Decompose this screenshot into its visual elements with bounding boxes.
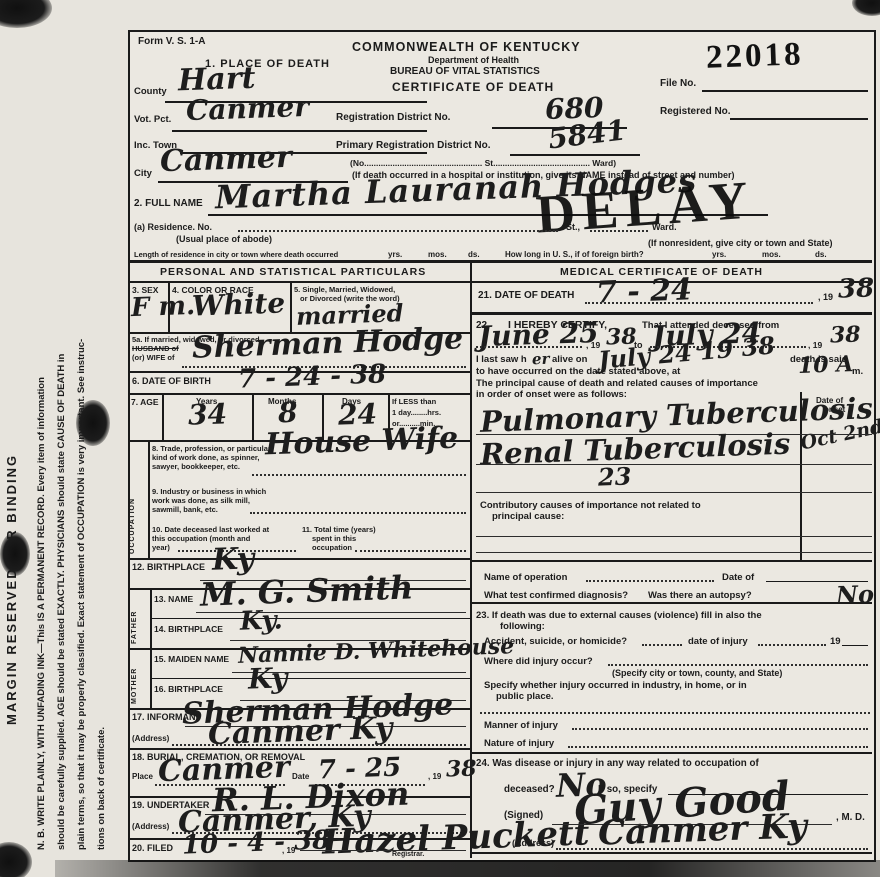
trade-label-2: kind of work done, as spinner,	[152, 453, 260, 462]
foreign-birth-label: How long in U. S., if of foreign birth?	[505, 250, 644, 259]
city-value: Canmer	[159, 140, 292, 180]
age-less-label-2: 1 day........hrs.	[392, 408, 441, 417]
external-causes-label-2: following:	[500, 621, 545, 632]
m-label: m.	[852, 366, 863, 377]
nature-injury-label: Nature of injury	[484, 738, 554, 749]
specify-injury-label-2: public place.	[496, 691, 554, 702]
year2-label: , 19	[808, 340, 822, 350]
spouse-label-husband: HUSBAND of	[132, 344, 179, 353]
rule	[642, 644, 682, 646]
accident-label: Accident, suicide, or homicide?	[484, 636, 627, 647]
where-injury-label: Where did injury occur?	[484, 656, 593, 667]
residence-st-label: St.,	[566, 222, 580, 232]
father-name-value: M. G. Smith	[199, 568, 414, 613]
nineteen-label: 19	[830, 636, 841, 647]
filed-value: 10 - 4 - 38	[182, 825, 331, 860]
specify-city-note: (Specify city or town, county, and State…	[612, 668, 782, 678]
rule	[196, 612, 466, 613]
rule	[470, 852, 872, 854]
rule	[128, 260, 872, 263]
cell-divider	[162, 393, 164, 440]
informant-address-label: (Address)	[132, 734, 169, 743]
rule	[300, 850, 466, 851]
autopsy-value: No	[836, 579, 875, 609]
binding-hole-smudge	[0, 532, 30, 576]
md-label: , M. D.	[836, 812, 865, 823]
residence-ward-label: Ward.	[652, 222, 677, 232]
registrar-label: Registrar.	[392, 851, 424, 858]
signed-label: (Signed)	[504, 810, 543, 821]
industry-label-1: 9. Industry or business in which	[152, 487, 266, 496]
birthplace-value: Ky	[211, 541, 254, 577]
date-of-death-value: 7 - 24	[595, 272, 692, 310]
rule	[476, 492, 872, 493]
precinct-value: Canmer	[185, 90, 309, 127]
total-time-label-1: 11. Total time (years)	[302, 525, 376, 534]
cell-divider	[290, 281, 292, 332]
burial-place-label: Place	[132, 772, 153, 781]
corner-smudge	[0, 0, 52, 28]
rule	[150, 618, 470, 619]
dob-label: 6. DATE OF BIRTH	[132, 376, 211, 386]
mother-birthplace-label: 16. BIRTHPLACE	[154, 684, 223, 694]
mos-label: mos.	[428, 250, 447, 259]
margin-note-line1: N. B. WRITE PLAINLY, WITH UNFADING INK—T…	[36, 55, 47, 850]
cell-divider	[148, 440, 150, 558]
trade-label-3: sawyer, bookkeeper, etc.	[152, 462, 240, 471]
cell-divider	[168, 281, 170, 332]
maiden-name-label: 15. MAIDEN NAME	[154, 654, 229, 664]
color-race-value: White	[191, 286, 285, 322]
father-vertical-label: FATHER	[131, 592, 138, 644]
rule	[470, 312, 872, 315]
primary-district-label: Primary Registration District No.	[336, 140, 490, 151]
occurred-time-value: 10 A	[798, 351, 854, 379]
manner-injury-label: Manner of injury	[484, 720, 558, 731]
father-birthplace-label: 14. BIRTHPLACE	[154, 624, 223, 634]
rule	[476, 464, 872, 465]
last-saw-label-2: alive on	[552, 354, 587, 365]
cell-divider	[252, 393, 254, 440]
trade-label-1: 8. Trade, profession, or particular	[152, 444, 271, 453]
filed-year-label: , 19	[282, 846, 295, 855]
rule	[470, 560, 872, 562]
rule	[590, 230, 648, 232]
age-less-label-1: If LESS than	[392, 397, 436, 406]
principal-cause-label-2: in order of onset were as follows:	[476, 389, 627, 400]
rule	[128, 748, 470, 750]
rule	[476, 552, 872, 553]
industry-label-2: work was done, as silk mill,	[152, 496, 250, 505]
occupation-related-label-1: 24. Was disease or injury in any way rel…	[476, 758, 759, 769]
contributory-label-2: principal cause:	[492, 511, 564, 522]
margin-note-line4: tions on back of certificate.	[96, 55, 107, 850]
rule	[172, 130, 427, 132]
birthplace-label: 12. BIRTHPLACE	[132, 562, 205, 572]
rule	[702, 90, 868, 92]
last-worked-label-3: year)	[152, 543, 170, 552]
margin-note-line3: plain terms, so that it may be properly …	[76, 55, 87, 850]
total-time-label-2: spent in this	[312, 534, 356, 543]
date-of-operation-label: Date of	[722, 572, 754, 583]
filed-label: 20. FILED	[132, 843, 173, 853]
rule	[128, 558, 470, 560]
dod-year-label: , 19	[818, 292, 833, 302]
autopsy-label: Was there an autopsy?	[648, 590, 752, 601]
nonresident-note: (If nonresident, give city or town and S…	[648, 238, 833, 248]
test-diagnosis-label: What test confirmed diagnosis?	[484, 590, 628, 601]
abode-note: (Usual place of abode)	[176, 234, 272, 244]
rule	[355, 550, 466, 552]
department-subtitle: Department of Health	[428, 55, 519, 65]
county-label: County	[134, 86, 167, 97]
age-years-value: 34	[187, 397, 227, 431]
cause-of-death-code: 23	[598, 461, 632, 491]
rule	[585, 302, 813, 304]
death-certificate-scan: MARGIN RESERVED FOR BINDING N. B. WRITE …	[0, 0, 880, 877]
ds-label: ds.	[815, 250, 827, 259]
dob-value: 7 - 24 - 38	[238, 359, 387, 394]
trade-value: House Wife	[264, 421, 458, 463]
father-name-label: 13. NAME	[154, 594, 193, 604]
age-months-value: 8	[277, 396, 298, 430]
rule	[238, 230, 558, 232]
rule	[758, 644, 826, 646]
corner-smudge	[0, 842, 32, 877]
rule	[150, 678, 470, 679]
full-name-label: 2. FULL NAME	[134, 198, 203, 209]
operation-label: Name of operation	[484, 572, 567, 583]
marital-label-1: 5. Single, Married, Widowed,	[294, 285, 395, 294]
scan-edge-band	[55, 860, 880, 877]
rule	[476, 536, 872, 537]
margin-binding-text: MARGIN RESERVED FOR BINDING	[4, 295, 19, 725]
bureau-subtitle: BUREAU OF VITAL STATISTICS	[390, 66, 540, 77]
mother-birthplace-value: Ky	[247, 661, 287, 695]
contributory-label-1: Contributory causes of importance not re…	[480, 500, 701, 511]
physician-address-value: Canmer Ky	[597, 806, 807, 853]
rule	[568, 746, 868, 748]
precinct-label: Vot. Pct.	[134, 114, 171, 125]
rule	[510, 154, 640, 156]
spouse-label-wife: (or) WIFE of	[132, 353, 175, 362]
industry-label-3: sawmill, bank, etc.	[152, 505, 218, 514]
occurred-label: to have occurred on the date stated abov…	[476, 366, 680, 377]
principal-cause-label-1: The principal cause of death and related…	[476, 378, 758, 389]
rule	[470, 602, 872, 604]
rule	[250, 512, 466, 514]
registered-no-label: Registered No.	[660, 106, 731, 117]
margin-note-line2: should be carefully supplied. AGE should…	[56, 55, 67, 850]
rule	[556, 848, 868, 850]
commonwealth-title: COMMONWEALTH OF KENTUCKY	[352, 40, 581, 54]
rule	[730, 118, 868, 120]
rule	[842, 645, 868, 646]
last-saw-label-1: I last saw h	[476, 354, 527, 365]
total-time-label-3: occupation	[312, 543, 352, 552]
physician-address-label: (Address)	[512, 838, 554, 848]
binding-hole-smudge	[76, 400, 110, 446]
injury-date-label: date of injury	[688, 636, 748, 647]
mos-label: mos.	[762, 250, 781, 259]
residence-label: (a) Residence. No.	[134, 222, 212, 232]
rule	[252, 474, 466, 476]
rule	[128, 281, 872, 283]
date-of-death-label: 21. DATE OF DEATH	[478, 290, 574, 301]
rule	[470, 752, 872, 754]
yrs-label: yrs.	[712, 250, 726, 259]
age-label: 7. AGE	[131, 397, 159, 407]
corner-smudge	[852, 0, 880, 16]
sex-value: F m.	[130, 291, 195, 323]
rule	[572, 728, 868, 730]
dod-year-value: 38	[837, 273, 874, 304]
burial-year-value: 38	[446, 755, 478, 782]
file-no-label: File No.	[660, 78, 696, 89]
last-worked-label-1: 10. Date deceased last worked at	[152, 525, 269, 534]
rule	[476, 346, 582, 348]
yrs-label: yrs.	[388, 250, 402, 259]
rule	[608, 664, 868, 666]
city-label: City	[134, 168, 152, 179]
undertaker-address-label: (Address)	[132, 822, 169, 831]
specify-injury-label-1: Specify whether injury occurred in indus…	[484, 680, 747, 691]
year2-value: 38	[830, 321, 862, 348]
serial-number-stamp: 22018	[705, 36, 804, 76]
certificate-title: CERTIFICATE OF DEATH	[392, 80, 554, 94]
registration-district-label: Registration District No.	[336, 112, 450, 123]
mother-vertical-label: MOTHER	[131, 652, 138, 704]
rule	[480, 712, 870, 714]
length-residence-label: Length of residence in city or town wher…	[134, 250, 338, 259]
personal-section-title: PERSONAL AND STATISTICAL PARTICULARS	[160, 266, 426, 278]
rule	[172, 744, 466, 746]
rule	[128, 393, 470, 395]
external-causes-label-1: 23. If death was due to external causes …	[476, 610, 762, 621]
rule	[586, 580, 714, 582]
burial-year-label: , 19	[428, 772, 441, 781]
ds-label: ds.	[468, 250, 480, 259]
father-birthplace-value: Ky.	[239, 605, 283, 636]
occupation-related-label-2: deceased?	[504, 784, 555, 795]
form-number: Form V. S. 1-A	[138, 36, 205, 47]
occupation-vertical-label: OCCUPATION	[129, 444, 136, 554]
